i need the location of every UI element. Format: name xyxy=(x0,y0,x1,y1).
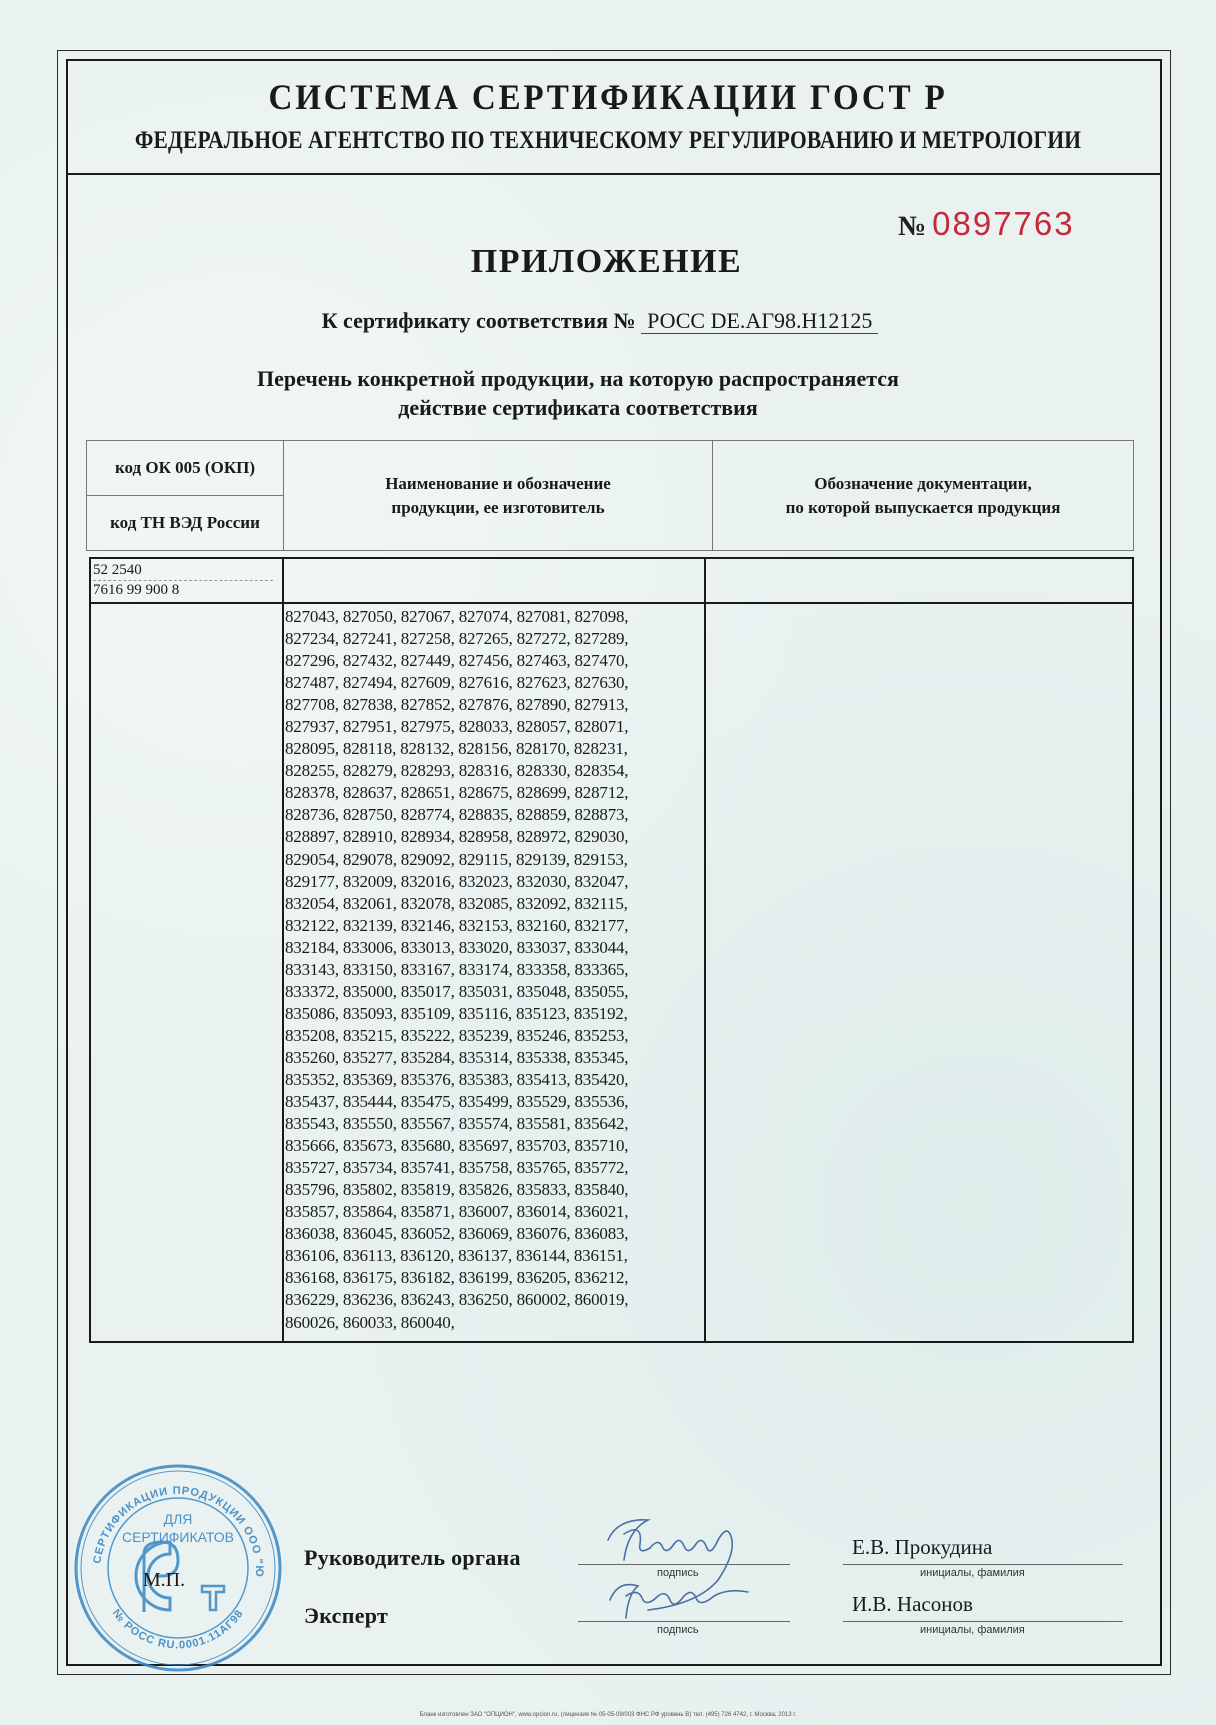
product-codes-line: 833143, 833150, 833167, 833174, 833358, … xyxy=(285,959,705,981)
list-title-line-1: Перечень конкретной продукции, на котору… xyxy=(0,364,1186,393)
product-codes-line: 836038, 836045, 836052, 836069, 836076, … xyxy=(285,1223,705,1245)
okp-code-value: 52 2540 xyxy=(93,561,273,579)
header-product-name-line-1: Наименование и обозначение xyxy=(284,472,712,496)
agency-name: ФЕДЕРАЛЬНОЕ АГЕНТСТВО ПО ТЕХНИЧЕСКОМУ РЕ… xyxy=(85,127,1131,155)
seal-stamp-icon: ОРГАН ПО СЕРТИФИКАЦИИ ПРОДУКЦИИ ООО "ЮгР… xyxy=(72,1462,284,1674)
seal-label: М.П. xyxy=(143,1569,185,1591)
product-codes-line: 835857, 835864, 835871, 836007, 836014, … xyxy=(285,1201,705,1223)
product-codes-line: 829054, 829078, 829092, 829115, 829139, … xyxy=(285,849,705,871)
product-codes-line: 836168, 836175, 836182, 836199, 836205, … xyxy=(285,1267,705,1289)
product-codes-line: 835352, 835369, 835376, 835383, 835413, … xyxy=(285,1069,705,1091)
product-codes-line: 835437, 835444, 835475, 835499, 835529, … xyxy=(285,1091,705,1113)
product-codes-line: 832122, 832139, 832146, 832153, 832160, … xyxy=(285,915,705,937)
printer-imprint: Бланк изготовлен ЗАО "ОПЦИОН", www.opcio… xyxy=(0,1712,1216,1718)
row-divider xyxy=(91,602,1132,604)
header-tnved-code: код ТН ВЭД России xyxy=(87,496,284,551)
product-codes-line: 836106, 836113, 836120, 836137, 836144, … xyxy=(285,1245,705,1267)
product-codes-line: 828378, 828637, 828651, 828675, 828699, … xyxy=(285,782,705,804)
product-codes-line: 835086, 835093, 835109, 835116, 835123, … xyxy=(285,1003,705,1025)
products-table-body: 52 2540 7616 99 900 8 827043, 827050, 82… xyxy=(89,557,1134,1343)
expert-name: И.В. Насонов xyxy=(852,1592,973,1617)
header-okp-code: код ОК 005 (ОКП) xyxy=(87,441,284,496)
header-documentation-line-2: по которой выпускается продукция xyxy=(713,496,1133,520)
svg-text:СЕРТИФИКАТОВ: СЕРТИФИКАТОВ xyxy=(122,1529,234,1545)
product-codes-line: 836229, 836236, 836243, 836250, 860002, … xyxy=(285,1289,705,1311)
number-sign: № xyxy=(898,211,926,242)
svg-text:№ РОСС RU.0001.11АГ98: № РОСС RU.0001.11АГ98 xyxy=(110,1607,246,1651)
list-title-line-2: действие сертификата соответствия xyxy=(0,393,1186,422)
expert-role-label: Эксперт xyxy=(304,1603,388,1629)
head-name-caption: инициалы, фамилия xyxy=(920,1567,1025,1579)
product-codes-line: 835543, 835550, 835567, 835574, 835581, … xyxy=(285,1113,705,1135)
product-codes-line: 860026, 860033, 860040, xyxy=(285,1312,705,1334)
header-documentation-line-1: Обозначение документации, xyxy=(713,472,1133,496)
product-codes-line: 827708, 827838, 827852, 827876, 827890, … xyxy=(285,694,705,716)
head-name: Е.В. Прокудина xyxy=(852,1535,992,1560)
product-codes-line: 832054, 832061, 832078, 832085, 832092, … xyxy=(285,893,705,915)
list-title: Перечень конкретной продукции, на котору… xyxy=(0,364,1186,422)
product-codes-line: 827937, 827951, 827975, 828033, 828057, … xyxy=(285,716,705,738)
svg-text:ДЛЯ: ДЛЯ xyxy=(164,1511,193,1527)
product-codes-line: 835208, 835215, 835222, 835239, 835246, … xyxy=(285,1025,705,1047)
products-table-header: код ОК 005 (ОКП) Наименование и обозначе… xyxy=(86,440,1134,551)
certificate-number: РОСС DE.АГ98.Н12125 xyxy=(641,308,878,334)
product-codes-line: 832184, 833006, 833013, 833020, 833037, … xyxy=(285,937,705,959)
expert-name-line xyxy=(843,1621,1123,1622)
product-codes-line: 828095, 828118, 828132, 828156, 828170, … xyxy=(285,738,705,760)
product-codes-line: 833372, 835000, 835017, 835031, 835048, … xyxy=(285,981,705,1003)
product-codes-line: 827487, 827494, 827609, 827616, 827623, … xyxy=(285,672,705,694)
page-title-text: ПРИЛОЖЕНИЕ xyxy=(471,243,742,280)
form-number: №0897763 xyxy=(898,205,1075,243)
expert-name-caption: инициалы, фамилия xyxy=(920,1624,1025,1636)
header-product-name: Наименование и обозначение продукции, ее… xyxy=(284,441,713,551)
head-name-line xyxy=(843,1564,1123,1565)
header-documentation: Обозначение документации, по которой вып… xyxy=(713,441,1134,551)
tnved-code-value: 7616 99 900 8 xyxy=(93,581,273,599)
product-codes-line: 835727, 835734, 835741, 835758, 835765, … xyxy=(285,1157,705,1179)
product-codes-line: 828897, 828910, 828934, 828958, 828972, … xyxy=(285,826,705,848)
product-codes-cell: 52 2540 7616 99 900 8 xyxy=(93,561,273,599)
header-product-name-line-2: продукции, ее изготовитель xyxy=(284,496,712,520)
product-codes-line: 835796, 835802, 835819, 835826, 835833, … xyxy=(285,1179,705,1201)
form-number-value: 0897763 xyxy=(932,205,1074,242)
product-codes-line: 835666, 835673, 835680, 835697, 835703, … xyxy=(285,1135,705,1157)
product-codes-line: 828255, 828279, 828293, 828316, 828330, … xyxy=(285,760,705,782)
product-codes-line: 828736, 828750, 828774, 828835, 828859, … xyxy=(285,804,705,826)
column-divider-1 xyxy=(282,559,284,1341)
product-codes-line: 827296, 827432, 827449, 827456, 827463, … xyxy=(285,650,705,672)
handwritten-signature-icon xyxy=(588,1500,788,1630)
certificate-label: К сертификату соответствия № xyxy=(322,308,636,333)
product-codes-line: 827043, 827050, 827067, 827074, 827081, … xyxy=(285,606,705,628)
system-title: СИСТЕМА СЕРТИФИКАЦИИ ГОСТ Р xyxy=(49,76,1168,118)
product-codes-line: 829177, 832009, 832016, 832023, 832030, … xyxy=(285,871,705,893)
certificate-reference: К сертификату соответствия № РОСС DE.АГ9… xyxy=(0,308,1208,334)
page-title: ПРИЛОЖЕНИЕ xyxy=(0,243,1216,281)
product-codes-line: 835260, 835277, 835284, 835314, 835338, … xyxy=(285,1047,705,1069)
product-list: 827043, 827050, 827067, 827074, 827081, … xyxy=(285,606,705,1334)
product-codes-line: 827234, 827241, 827258, 827265, 827272, … xyxy=(285,628,705,650)
head-role-label: Руководитель органа xyxy=(304,1545,521,1571)
